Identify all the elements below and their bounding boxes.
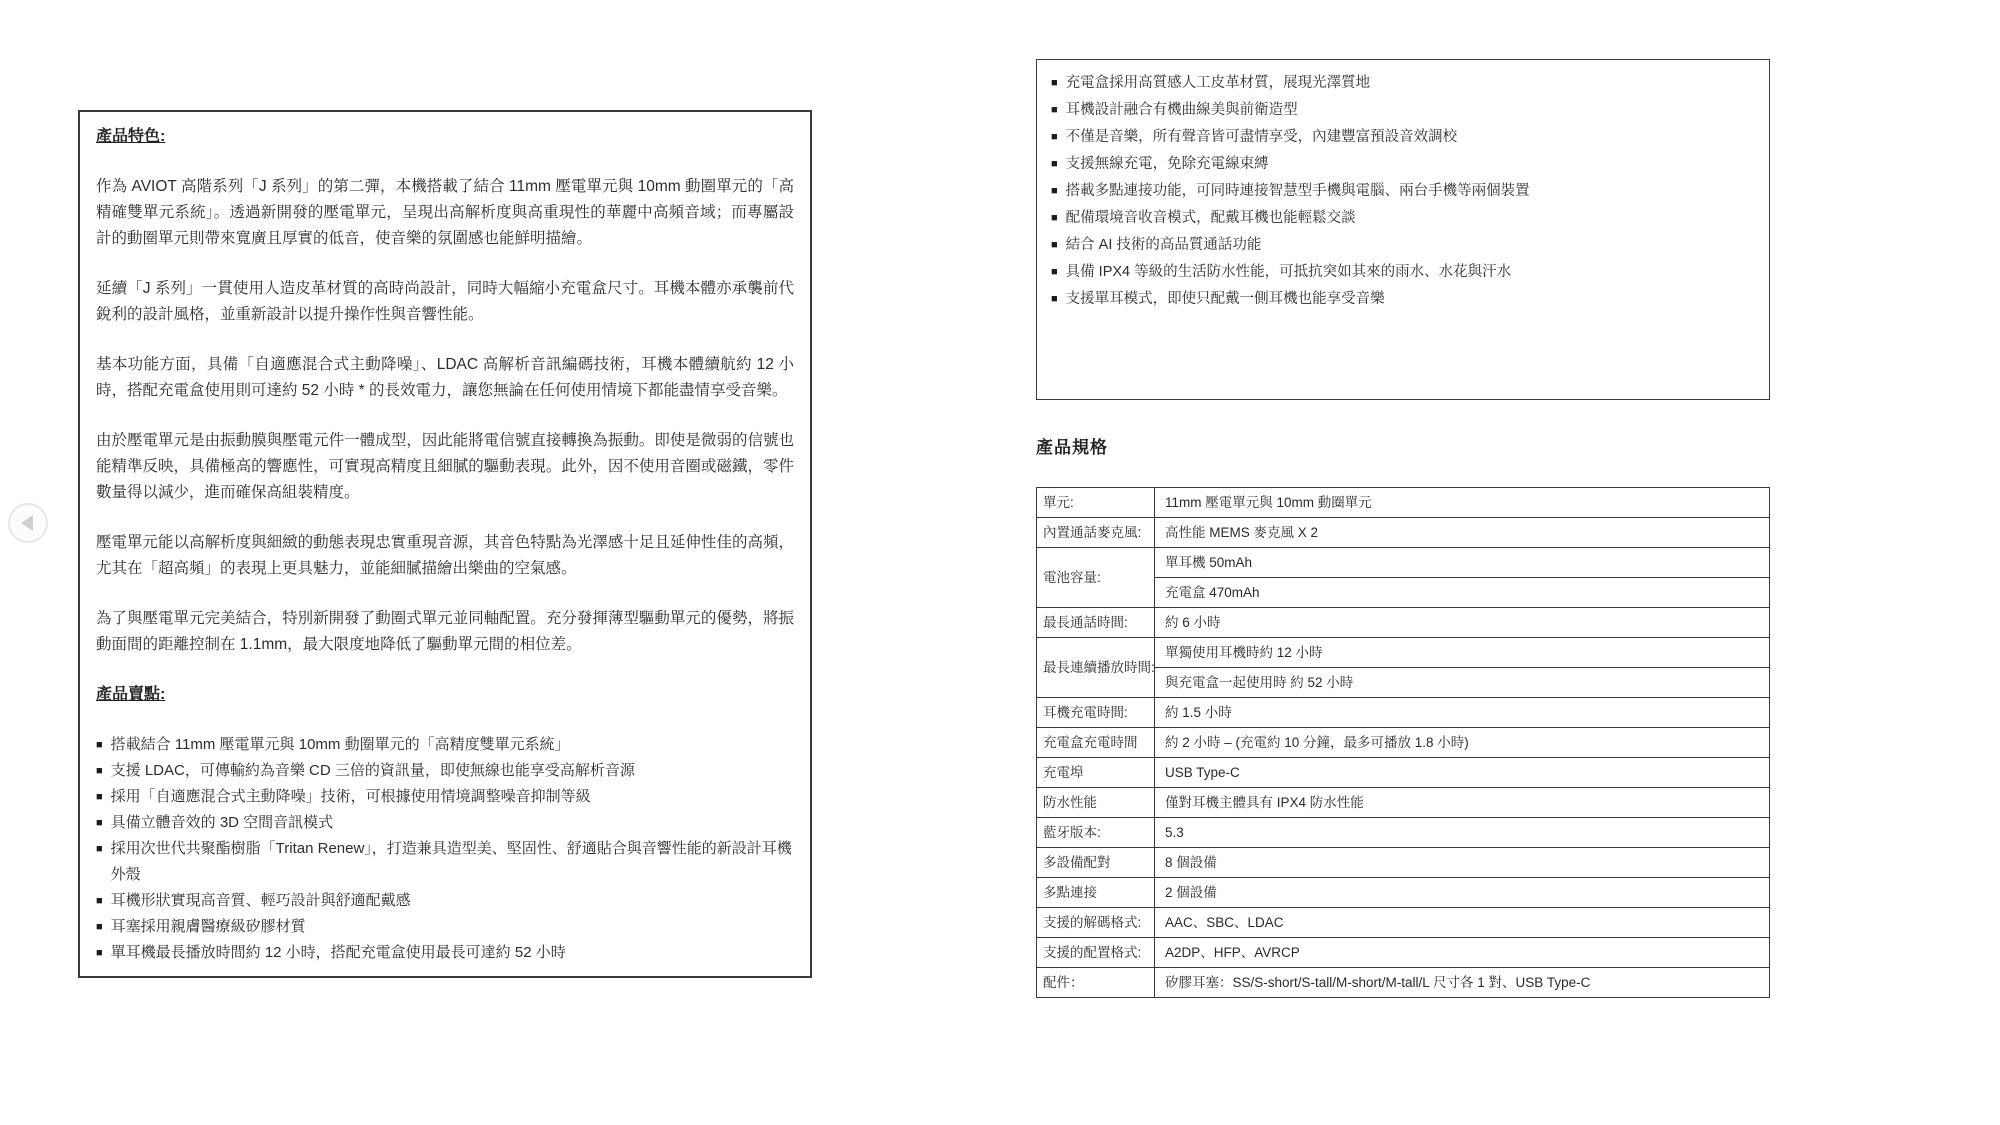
spec-value: A2DP、HFP、AVRCP — [1155, 938, 1770, 968]
spec-value: 充電盒 470mAh — [1155, 578, 1770, 608]
spec-label: 耳機充電時間: — [1037, 698, 1155, 728]
highlight-item: ■支援無線充電，免除充電線束縛 — [1051, 151, 1755, 178]
spec-row: 多設備配對8 個設備 — [1037, 848, 1770, 878]
spec-value: 2 個設備 — [1155, 878, 1770, 908]
highlight-item-text: 搭載多點連接功能，可同時連接智慧型手機與電腦、兩台手機等兩個裝置 — [1066, 178, 1755, 205]
spec-value: 約 6 小時 — [1155, 608, 1770, 638]
selling-point-item: ■採用次世代共聚酯樹脂「Tritan Renew」，打造兼具造型美、堅固性、舒適… — [96, 836, 794, 888]
feature-paragraph: 基本功能方面，具備「自適應混合式主動降噪」、LDAC 高解析音訊編碼技術，耳機本… — [96, 352, 794, 404]
product-features-panel: 產品特色: 作為 AVIOT 高階系列「J 系列」的第二彈，本機搭載了結合 11… — [78, 110, 812, 978]
spec-label: 充電盒充電時間 — [1037, 728, 1155, 758]
highlight-item-text: 具備 IPX4 等級的生活防水性能，可抵抗突如其來的雨水、水花與汗水 — [1066, 259, 1755, 286]
spec-value: AAC、SBC、LDAC — [1155, 908, 1770, 938]
bullet-square-icon: ■ — [1051, 205, 1058, 232]
specs-table-body: 單元:11mm 壓電單元與 10mm 動圈單元內置通話麥克風:高性能 MEMS … — [1037, 488, 1770, 998]
highlight-item-text: 支援無線充電，免除充電線束縛 — [1066, 151, 1755, 178]
selling-point-item: ■採用「自適應混合式主動降噪」技術，可根據使用情境調整噪音抑制等級 — [96, 784, 794, 810]
feature-paragraph: 由於壓電單元是由振動膜與壓電元件一體成型，因此能將電信號直接轉換為振動。即使是微… — [96, 428, 794, 506]
selling-point-item-text: 具備立體音效的 3D 空間音訊模式 — [111, 810, 794, 836]
features-paragraphs: 作為 AVIOT 高階系列「J 系列」的第二彈，本機搭載了結合 11mm 壓電單… — [96, 174, 794, 658]
spec-value: 約 1.5 小時 — [1155, 698, 1770, 728]
bullet-square-icon: ■ — [96, 940, 103, 966]
specs-heading: 產品規格 — [1036, 433, 1108, 458]
feature-paragraph: 為了與壓電單元完美結合，特別新開發了動圈式單元並同軸配置。充分發揮薄型驅動單元的… — [96, 606, 794, 658]
highlight-item-text: 不僅是音樂，所有聲音皆可盡情享受，內建豐富預設音效調校 — [1066, 124, 1755, 151]
carousel-prev-button[interactable] — [8, 503, 48, 543]
selling-point-item: ■耳塞採用親膚醫療級矽膠材質 — [96, 914, 794, 940]
bullet-square-icon: ■ — [96, 732, 103, 758]
selling-point-item-text: 耳機形狀實現高音質、輕巧設計與舒適配戴感 — [111, 888, 794, 914]
spec-label: 內置通話麥克風: — [1037, 518, 1155, 548]
bullet-square-icon: ■ — [96, 810, 103, 836]
highlight-item: ■耳機設計融合有機曲線美與前衛造型 — [1051, 97, 1755, 124]
bullet-square-icon: ■ — [1051, 70, 1058, 97]
spec-label: 最長通話時間: — [1037, 608, 1155, 638]
highlight-item-text: 結合 AI 技術的高品質通話功能 — [1066, 232, 1755, 259]
spec-value: 單耳機 50mAh — [1155, 548, 1770, 578]
spec-label: 最長連續播放時間: — [1037, 638, 1155, 698]
selling-points-title: 產品賣點: — [96, 682, 794, 708]
spec-row: 耳機充電時間:約 1.5 小時 — [1037, 698, 1770, 728]
bullet-square-icon: ■ — [96, 758, 103, 784]
selling-point-item: ■具備立體音效的 3D 空間音訊模式 — [96, 810, 794, 836]
left-arrow-icon — [21, 515, 33, 531]
bullet-square-icon: ■ — [1051, 97, 1058, 124]
selling-point-item-text: 採用「自適應混合式主動降噪」技術，可根據使用情境調整噪音抑制等級 — [111, 784, 794, 810]
selling-point-item-text: 支援 LDAC，可傳輸約為音樂 CD 三倍的資訊量，即使無線也能享受高解析音源 — [111, 758, 794, 784]
spec-label: 多點連接 — [1037, 878, 1155, 908]
spec-row: 最長連續播放時間:單獨使用耳機時約 12 小時 — [1037, 638, 1770, 668]
highlight-item-text: 充電盒採用高質感人工皮革材質，展現光澤質地 — [1066, 70, 1755, 97]
bullet-square-icon: ■ — [96, 888, 103, 914]
product-highlights-panel: ■充電盒採用高質感人工皮革材質，展現光澤質地■耳機設計融合有機曲線美與前衛造型■… — [1036, 59, 1770, 400]
selling-point-item: ■耳機形狀實現高音質、輕巧設計與舒適配戴感 — [96, 888, 794, 914]
spec-label: 防水性能 — [1037, 788, 1155, 818]
bullet-square-icon: ■ — [1051, 178, 1058, 205]
highlight-item-text: 耳機設計融合有機曲線美與前衛造型 — [1066, 97, 1755, 124]
spec-value: 約 2 小時 – (充電約 10 分鐘，最多可播放 1.8 小時) — [1155, 728, 1770, 758]
spec-label: 電池容量: — [1037, 548, 1155, 608]
spec-value: 高性能 MEMS 麥克風 X 2 — [1155, 518, 1770, 548]
spec-row: 內置通話麥克風:高性能 MEMS 麥克風 X 2 — [1037, 518, 1770, 548]
bullet-square-icon: ■ — [1051, 286, 1058, 313]
highlight-item: ■具備 IPX4 等級的生活防水性能，可抵抗突如其來的雨水、水花與汗水 — [1051, 259, 1755, 286]
selling-point-item-text: 搭載結合 11mm 壓電單元與 10mm 動圈單元的「高精度雙單元系統」 — [111, 732, 794, 758]
spec-value: 矽膠耳塞：SS/S-short/S-tall/M-short/M-tall/L … — [1155, 968, 1770, 998]
spec-value: 單獨使用耳機時約 12 小時 — [1155, 638, 1770, 668]
feature-paragraph: 延續「J 系列」一貫使用人造皮革材質的高時尚設計，同時大幅縮小充電盒尺寸。耳機本… — [96, 276, 794, 328]
spec-row: 藍牙版本:5.3 — [1037, 818, 1770, 848]
spec-value: 11mm 壓電單元與 10mm 動圈單元 — [1155, 488, 1770, 518]
selling-point-item-text: 採用次世代共聚酯樹脂「Tritan Renew」，打造兼具造型美、堅固性、舒適貼… — [111, 836, 794, 888]
spec-row: 支援的解碼格式:AAC、SBC、LDAC — [1037, 908, 1770, 938]
highlight-item-text: 配備環境音收音模式，配戴耳機也能輕鬆交談 — [1066, 205, 1755, 232]
spec-value: USB Type-C — [1155, 758, 1770, 788]
feature-paragraph: 作為 AVIOT 高階系列「J 系列」的第二彈，本機搭載了結合 11mm 壓電單… — [96, 174, 794, 252]
spec-row: 支援的配置格式:A2DP、HFP、AVRCP — [1037, 938, 1770, 968]
spec-label: 支援的解碼格式: — [1037, 908, 1155, 938]
selling-point-item: ■單耳機最長播放時間約 12 小時，搭配充電盒使用最長可達約 52 小時 — [96, 940, 794, 966]
feature-paragraph: 壓電單元能以高解析度與細緻的動態表現忠實重現音源，其音色特點為光澤感十足且延伸性… — [96, 530, 794, 582]
spec-label: 配件： — [1037, 968, 1155, 998]
spec-row: 多點連接2 個設備 — [1037, 878, 1770, 908]
spec-value: 5.3 — [1155, 818, 1770, 848]
spec-label: 充電埠 — [1037, 758, 1155, 788]
bullet-square-icon: ■ — [1051, 232, 1058, 259]
highlight-item: ■充電盒採用高質感人工皮革材質，展現光澤質地 — [1051, 70, 1755, 97]
highlight-item: ■結合 AI 技術的高品質通話功能 — [1051, 232, 1755, 259]
selling-point-item: ■支援 LDAC，可傳輸約為音樂 CD 三倍的資訊量，即使無線也能享受高解析音源 — [96, 758, 794, 784]
highlight-item: ■搭載多點連接功能，可同時連接智慧型手機與電腦、兩台手機等兩個裝置 — [1051, 178, 1755, 205]
spec-row: 最長通話時間:約 6 小時 — [1037, 608, 1770, 638]
spec-value: 僅對耳機主體具有 IPX4 防水性能 — [1155, 788, 1770, 818]
bullet-square-icon: ■ — [1051, 151, 1058, 178]
selling-point-item: ■搭載結合 11mm 壓電單元與 10mm 動圈單元的「高精度雙單元系統」 — [96, 732, 794, 758]
selling-points-list: ■搭載結合 11mm 壓電單元與 10mm 動圈單元的「高精度雙單元系統」■支援… — [96, 732, 794, 966]
highlight-item: ■不僅是音樂，所有聲音皆可盡情享受，內建豐富預設音效調校 — [1051, 124, 1755, 151]
spec-label: 單元: — [1037, 488, 1155, 518]
spec-row: 單元:11mm 壓電單元與 10mm 動圈單元 — [1037, 488, 1770, 518]
spec-row: 充電埠USB Type-C — [1037, 758, 1770, 788]
highlight-item-text: 支援單耳模式，即使只配戴一側耳機也能享受音樂 — [1066, 286, 1755, 313]
selling-point-item-text: 耳塞採用親膚醫療級矽膠材質 — [111, 914, 794, 940]
specs-table: 單元:11mm 壓電單元與 10mm 動圈單元內置通話麥克風:高性能 MEMS … — [1036, 487, 1770, 998]
bullet-square-icon: ■ — [96, 836, 103, 862]
selling-point-item-text: 單耳機最長播放時間約 12 小時，搭配充電盒使用最長可達約 52 小時 — [111, 940, 794, 966]
bullet-square-icon: ■ — [96, 784, 103, 810]
spec-row: 配件：矽膠耳塞：SS/S-short/S-tall/M-short/M-tall… — [1037, 968, 1770, 998]
spec-value: 8 個設備 — [1155, 848, 1770, 878]
bullet-square-icon: ■ — [1051, 124, 1058, 151]
spec-row: 充電盒充電時間約 2 小時 – (充電約 10 分鐘，最多可播放 1.8 小時) — [1037, 728, 1770, 758]
spec-label: 藍牙版本: — [1037, 818, 1155, 848]
spec-row: 電池容量:單耳機 50mAh — [1037, 548, 1770, 578]
highlight-item: ■支援單耳模式，即使只配戴一側耳機也能享受音樂 — [1051, 286, 1755, 313]
product-info-page: 產品特色: 作為 AVIOT 高階系列「J 系列」的第二彈，本機搭載了結合 11… — [0, 0, 2000, 1125]
highlight-item: ■配備環境音收音模式，配戴耳機也能輕鬆交談 — [1051, 205, 1755, 232]
features-title: 產品特色: — [96, 124, 794, 150]
bullet-square-icon: ■ — [96, 914, 103, 940]
spec-label: 支援的配置格式: — [1037, 938, 1155, 968]
spec-label: 多設備配對 — [1037, 848, 1155, 878]
highlights-list: ■充電盒採用高質感人工皮革材質，展現光澤質地■耳機設計融合有機曲線美與前衛造型■… — [1051, 70, 1755, 313]
spec-row: 防水性能僅對耳機主體具有 IPX4 防水性能 — [1037, 788, 1770, 818]
spec-value: 與充電盒一起使用時 約 52 小時 — [1155, 668, 1770, 698]
bullet-square-icon: ■ — [1051, 259, 1058, 286]
